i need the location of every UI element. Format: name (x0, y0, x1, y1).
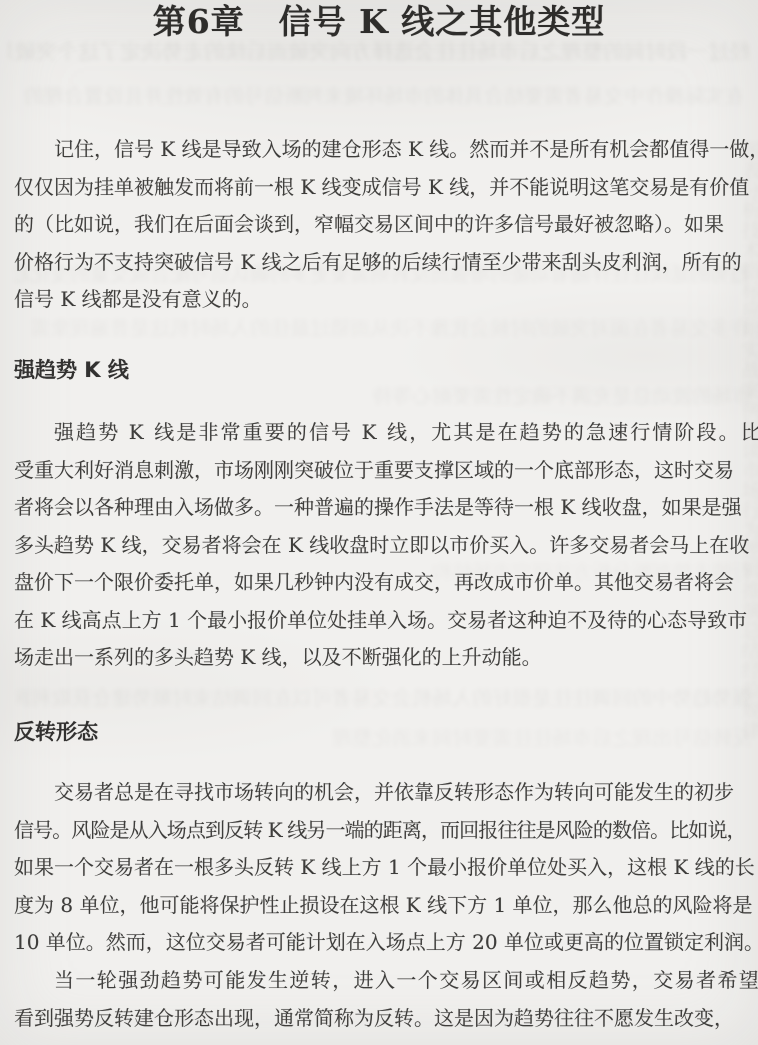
text-line: 10 单位。然而，这位交易者可能计划在入场点上方 20 单位或更高的位置锁定利润… (14, 924, 746, 962)
text-line: 看到强势反转建仓形态出现，通常简称为反转。这是因为趋势往往不愿发生改变， (14, 1000, 746, 1038)
text-line: 度为 8 单位，他可能将保护性止损设在这根 K 线下方 1 单位，那么他总的风险… (14, 887, 746, 925)
bleedthrough-row: 市场的波动总是充满不确定性需要耐心等待 (300, 384, 752, 408)
text-line: 受重大利好消息刺激，市场刚刚突破位于重要支撑区域的一个底部形态，这时交易 (14, 452, 746, 490)
chapter-title: 第6章 信号 K 线之其他类型 (0, 0, 758, 44)
section-heading-strong-trend: 强趋势 K 线 (14, 357, 746, 383)
bleedthrough-row: 许多交易者在面对突破的时候会犹豫不决从而错过最佳的入场时机这是普遍现象需要克服 (30, 316, 750, 340)
bleedthrough-row: 强势趋势中的回调往往是很好的入场机会交易者可以在回调结束时顺势建仓获取利润回报 (16, 686, 752, 710)
text-line: 者将会以各种理由入场做多。一种普遍的操作手法是等待一根 K 线收盘，如果是强 (14, 489, 746, 527)
text-line: 当一轮强劲趋势可能发生逆转，进入一个交易区间或相反趋势，交易者希望 (14, 962, 746, 1000)
section-heading-reversal: 反转形态 (14, 719, 746, 745)
text-line: 记住，信号 K 线是导致入场的建仓形态 K 线。然而并不是所有机会都值得一做， (14, 131, 746, 169)
paragraph-intro: 记住，信号 K 线是导致入场的建仓形态 K 线。然而并不是所有机会都值得一做， … (14, 131, 746, 319)
text-line: 交易者总是在寻找市场转向的机会，并依靠反转形态作为转向可能发生的初步 (14, 774, 746, 812)
paragraph-trend-reversal: 当一轮强劲趋势可能发生逆转，进入一个交易区间或相反趋势，交易者希望 看到强势反转… (14, 962, 746, 1037)
text-line: 多头趋势 K 线，交易者将会在 K 线收盘时立即以市价买入。许多交易者会马上在收 (14, 527, 746, 565)
paragraph-strong-trend: 强趋势 K 线是非常重要的信号 K 线，尤其是在趋势的急速行情阶段。比如说， 受… (14, 414, 746, 677)
text-line: 盘价下一个限价委托单，如果几秒钟内没有成交，再改成市价单。其他交易者将会 (14, 564, 746, 602)
text-line: 信号。风险是从入场点到反转 K 线另一端的距离，而回报往往是风险的数倍。比如说， (14, 812, 746, 850)
text-line: 在 K 线高点上方 1 个最小报价单位处挂单入场。交易者这种迫不及待的心态导致市 (14, 602, 746, 640)
text-line: 场走出一系列的多头趋势 K 线，以及不断强化的上升动能。 (14, 639, 746, 677)
paragraph-reversal-risk: 交易者总是在寻找市场转向的机会，并依靠反转形态作为转向可能发生的初步 信号。风险… (14, 774, 746, 962)
text-line: 强趋势 K 线是非常重要的信号 K 线，尤其是在趋势的急速行情阶段。比如说， (14, 414, 746, 452)
text-line: 如果一个交易者在一根多头反转 K 线上方 1 个最小报价单位处买入，这根 K 线… (14, 849, 746, 887)
scanned-book-page: 经过一段时间的整理之后市场往往会选择方向突破而后续的走势决定了这个突破是否有效成… (0, 0, 758, 1045)
text-line: 仅仅因为挂单被触发而将前一根 K 线变成信号 K 线，并不能说明这笔交易是有价值 (14, 169, 746, 207)
bleedthrough-row: 在实际操作中交易者需要结合具体的市场环境来判断信号的有效性并且设置合理的止损位置… (22, 84, 744, 108)
text-line: 信号 K 线都是没有意义的。 (14, 281, 746, 319)
text-line: 价格行为不支持突破信号 K 线之后有足够的后续行情至少带来刮头皮利润，所有的 (14, 244, 746, 282)
text-line: 的（比如说，我们在后面会谈到，窄幅交易区间中的许多信号最好被忽略）。如果 (14, 206, 746, 244)
